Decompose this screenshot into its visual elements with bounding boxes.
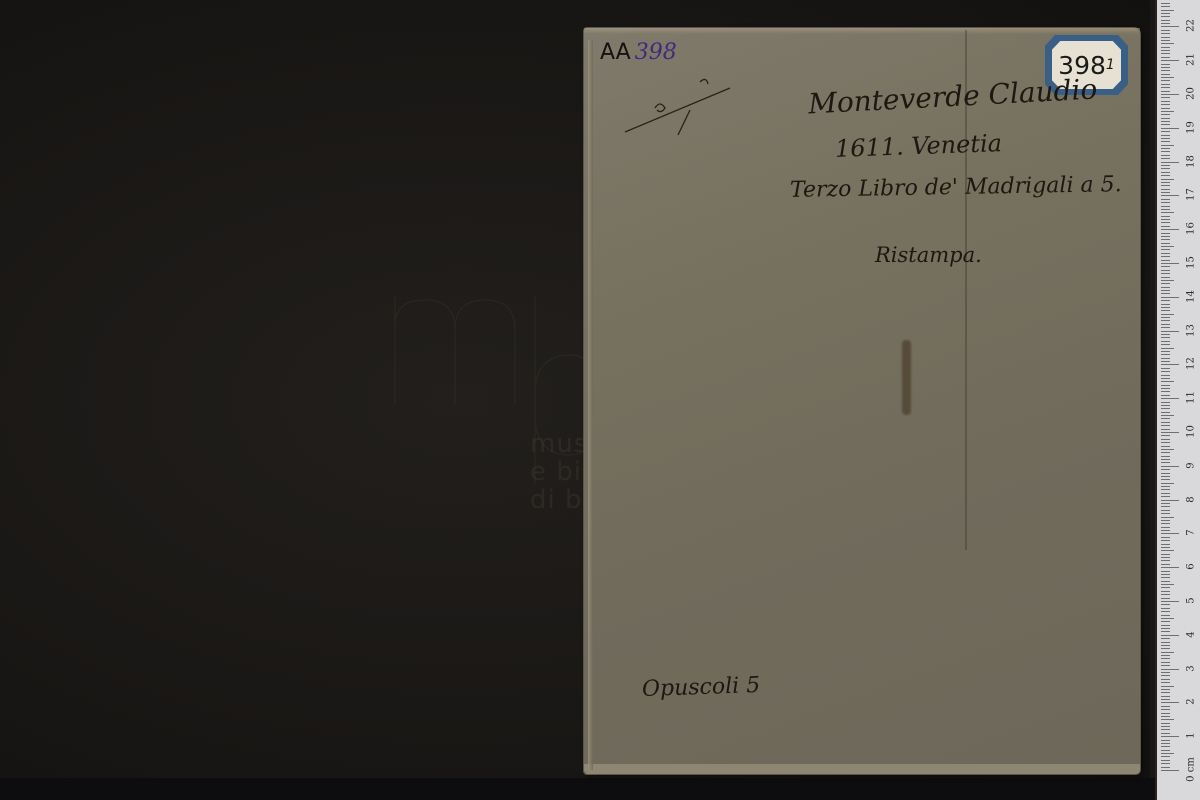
ruler-tick xyxy=(1161,37,1170,38)
ruler-tick xyxy=(1161,645,1170,646)
ruler-tick xyxy=(1161,148,1170,149)
ruler-tick xyxy=(1161,713,1170,714)
ruler-tick xyxy=(1161,520,1170,521)
ruler-tick xyxy=(1161,391,1170,392)
ruler-tick xyxy=(1161,135,1170,136)
ruler-tick xyxy=(1161,692,1170,693)
ruler-tick xyxy=(1161,304,1170,305)
ruler-tick xyxy=(1161,57,1170,58)
ruler-tick xyxy=(1161,486,1170,487)
ruler-tick xyxy=(1161,47,1170,48)
ruler-tick xyxy=(1161,675,1170,676)
ruler-tick xyxy=(1161,84,1170,85)
ruler-tick xyxy=(1161,74,1170,75)
ruler-tick xyxy=(1161,655,1170,656)
ruler-tick xyxy=(1161,229,1179,230)
ruler-tick xyxy=(1161,493,1170,494)
ruler-tick xyxy=(1161,351,1170,352)
ruler-tick xyxy=(1161,168,1170,169)
ruler-tick xyxy=(1161,560,1170,561)
ruler-tick xyxy=(1161,418,1170,419)
ruler-tick xyxy=(1161,547,1170,548)
ruler-label: 3 xyxy=(1186,658,1197,678)
ruler-tick xyxy=(1161,287,1170,288)
ruler-tick xyxy=(1161,43,1174,44)
inscription-note: Ristampa. xyxy=(875,243,982,267)
ruler-label: 21 xyxy=(1186,50,1197,70)
ruler-tick xyxy=(1161,604,1170,605)
ruler-tick xyxy=(1161,385,1170,386)
ruler-label: 11 xyxy=(1186,388,1197,408)
ruler-tick xyxy=(1161,652,1174,653)
ruler-tick xyxy=(1161,381,1174,382)
ruler-tick xyxy=(1161,53,1170,54)
ruler-tick xyxy=(1161,108,1170,109)
ruler-tick xyxy=(1161,763,1170,764)
ruler-tick xyxy=(1161,449,1174,450)
ruler-tick xyxy=(1161,277,1170,278)
ruler-tick xyxy=(1161,266,1170,267)
ruler-tick xyxy=(1161,33,1170,34)
ruler-tick xyxy=(1161,131,1170,132)
ruler-tick xyxy=(1161,750,1170,751)
ruler-tick xyxy=(1161,280,1174,281)
ruler-tick xyxy=(1161,452,1170,453)
ruler-tick xyxy=(1161,179,1174,180)
ruler-tick xyxy=(1161,425,1170,426)
ruler-tick xyxy=(1161,344,1170,345)
ruler-tick xyxy=(1161,618,1174,619)
ruler-tick xyxy=(1161,439,1170,440)
ruler-label: 16 xyxy=(1186,219,1197,239)
ruler-tick xyxy=(1161,709,1170,710)
ruler-tick xyxy=(1161,557,1170,558)
ruler-tick xyxy=(1161,30,1170,31)
ruler-tick xyxy=(1161,469,1170,470)
ruler-label: 2 xyxy=(1186,692,1197,712)
ruler-tick xyxy=(1161,124,1170,125)
ruler-tick xyxy=(1161,260,1170,261)
ruler-tick xyxy=(1161,723,1170,724)
ruler-tick xyxy=(1161,310,1170,311)
ruler-tick xyxy=(1161,219,1170,220)
ruler-tick xyxy=(1161,598,1170,599)
ruler-tick xyxy=(1161,473,1170,474)
ruler-label: 19 xyxy=(1186,117,1197,137)
ruler-tick xyxy=(1161,341,1170,342)
ruler-tick xyxy=(1161,378,1170,379)
ruler-tick xyxy=(1161,540,1170,541)
ruler-tick xyxy=(1161,114,1170,115)
ruler-tick xyxy=(1161,571,1170,572)
ruler-tick xyxy=(1161,635,1179,636)
scanner-bed-edge xyxy=(0,778,1155,800)
ruler-tick xyxy=(1161,101,1170,102)
ruler-label: 14 xyxy=(1186,286,1197,306)
ruler-tick xyxy=(1161,273,1170,274)
ruler-tick xyxy=(1161,138,1170,139)
ruler-label: 5 xyxy=(1186,591,1197,611)
ruler-tick xyxy=(1161,337,1170,338)
ruler-tick xyxy=(1161,412,1170,413)
shelfmark: AA398 xyxy=(600,40,677,65)
ruler-label: 6 xyxy=(1186,557,1197,577)
ruler-tick xyxy=(1161,249,1170,250)
ruler-tick xyxy=(1161,358,1170,359)
ruler-tick xyxy=(1161,104,1170,105)
ruler-tick xyxy=(1161,317,1170,318)
ruler-tick xyxy=(1161,736,1179,737)
ruler-tick xyxy=(1161,195,1179,196)
ruler-tick xyxy=(1161,665,1170,666)
ruler-tick xyxy=(1161,523,1170,524)
ruler-tick xyxy=(1161,577,1170,578)
ruler-tick xyxy=(1161,587,1170,588)
ruler-tick xyxy=(1161,151,1170,152)
ruler-tick xyxy=(1161,128,1179,129)
ruler-tick xyxy=(1161,283,1170,284)
ruler-tick xyxy=(1161,13,1170,14)
ruler-tick xyxy=(1161,662,1170,663)
ruler-tick xyxy=(1161,631,1170,632)
ruler-tick xyxy=(1161,746,1170,747)
ruler-tick xyxy=(1161,293,1170,294)
ruler-tick xyxy=(1161,642,1170,643)
ruler-tick xyxy=(1161,767,1170,768)
ruler-tick xyxy=(1161,422,1170,423)
ruler-tick xyxy=(1161,459,1170,460)
ruler-label: 1 xyxy=(1186,726,1197,746)
ruler-tick xyxy=(1161,702,1179,703)
shelfmark-number: 398 xyxy=(635,40,677,65)
ruler-tick xyxy=(1161,361,1170,362)
ruler-tick xyxy=(1161,442,1170,443)
ruler-label: 17 xyxy=(1186,185,1197,205)
ruler-tick xyxy=(1161,206,1170,207)
ruler-tick xyxy=(1161,446,1170,447)
ruler-tick xyxy=(1161,162,1179,163)
ruler-tick xyxy=(1161,466,1179,467)
ruler-tick xyxy=(1161,226,1170,227)
ruler-tick xyxy=(1161,432,1179,433)
ruler-tick xyxy=(1161,185,1170,186)
ruler-tick xyxy=(1161,314,1174,315)
ruler-tick xyxy=(1161,375,1170,376)
ruler-tick xyxy=(1161,300,1170,301)
ruler-tick xyxy=(1161,429,1170,430)
ruler-tick xyxy=(1161,364,1179,365)
ruler-tick xyxy=(1161,145,1174,146)
ruler-label: 15 xyxy=(1186,253,1197,273)
ruler-tick xyxy=(1161,354,1170,355)
ruler-tick xyxy=(1161,165,1170,166)
ruler-tick xyxy=(1161,348,1174,349)
ruler-tick xyxy=(1161,212,1174,213)
ruler-tick xyxy=(1161,158,1170,159)
ruler-tick xyxy=(1161,729,1170,730)
ruler-tick xyxy=(1161,307,1170,308)
ruler-tick xyxy=(1161,222,1170,223)
ruler-label: 13 xyxy=(1186,320,1197,340)
ruler-tick xyxy=(1161,371,1170,372)
ruler-tick xyxy=(1161,327,1170,328)
ruler-tick xyxy=(1161,638,1170,639)
ruler-tick xyxy=(1161,672,1170,673)
catalog-label-sub: 1 xyxy=(1106,57,1115,73)
ruler-tick xyxy=(1161,253,1170,254)
ruler-tick xyxy=(1161,591,1170,592)
ruler-tick xyxy=(1161,246,1174,247)
ruler-tick xyxy=(1161,182,1170,183)
ruler-tick xyxy=(1161,402,1170,403)
ruler-tick xyxy=(1161,192,1170,193)
ruler-tick xyxy=(1161,679,1170,680)
ruler-tick xyxy=(1161,26,1179,27)
ruler-tick xyxy=(1161,625,1170,626)
ruler-tick xyxy=(1161,16,1170,17)
ruler-tick xyxy=(1161,155,1170,156)
ruler-tick xyxy=(1161,479,1170,480)
ruler-label: 22 xyxy=(1186,16,1197,36)
ruler-tick xyxy=(1161,726,1170,727)
ruler-tick xyxy=(1161,297,1179,298)
ruler-tick xyxy=(1161,239,1170,240)
ruler-tick xyxy=(1161,706,1170,707)
ruler-tick xyxy=(1161,581,1170,582)
ruler-tick xyxy=(1161,290,1170,291)
ruler-tick xyxy=(1161,320,1170,321)
ruler-tick xyxy=(1161,756,1170,757)
ruler-tick xyxy=(1161,462,1170,463)
measurement-ruler: 0 cm12345678910111213141516171819202122 xyxy=(1155,0,1200,800)
ruler-tick xyxy=(1161,628,1170,629)
ruler-tick xyxy=(1161,669,1179,670)
ruler-tick xyxy=(1161,456,1170,457)
inscription-year-place: 1611. Venetia xyxy=(835,129,1003,163)
ruler-tick xyxy=(1161,564,1170,565)
ink-scribble-icon xyxy=(620,70,740,140)
ruler-tick xyxy=(1161,716,1170,717)
ruler-tick xyxy=(1161,94,1179,95)
ruler-tick xyxy=(1161,80,1170,81)
ruler-label: 0 cm xyxy=(1186,752,1197,788)
ruler-tick xyxy=(1161,23,1170,24)
ruler-tick xyxy=(1161,733,1170,734)
ruler-tick xyxy=(1161,216,1170,217)
ruler-tick xyxy=(1161,615,1170,616)
ruler-tick xyxy=(1161,236,1170,237)
ruler-tick xyxy=(1161,368,1170,369)
ruler-tick xyxy=(1161,405,1170,406)
ruler-tick xyxy=(1161,550,1174,551)
ruler-tick xyxy=(1161,608,1170,609)
ruler-tick xyxy=(1161,567,1179,568)
ruler-tick xyxy=(1161,719,1174,720)
ruler-tick xyxy=(1161,189,1170,190)
ruler-tick xyxy=(1161,527,1170,528)
ruler-tick xyxy=(1161,696,1170,697)
ruler-tick xyxy=(1161,506,1170,507)
ruler-tick xyxy=(1161,324,1170,325)
ruler-tick xyxy=(1161,172,1170,173)
ruler-tick xyxy=(1161,530,1170,531)
ruler-tick xyxy=(1161,199,1170,200)
ruler-label: 9 xyxy=(1186,455,1197,475)
ruler-tick xyxy=(1161,67,1170,68)
ruler-tick xyxy=(1161,60,1179,61)
shelfmark-prefix: AA xyxy=(600,40,631,65)
spine-edge xyxy=(588,40,593,770)
inscription-series: Opuscoli 5 xyxy=(642,673,761,702)
ruler-label: 18 xyxy=(1186,151,1197,171)
ruler-tick xyxy=(1161,743,1170,744)
ruler-tick xyxy=(1161,398,1179,399)
ruler-tick xyxy=(1161,111,1174,112)
ruler-label: 10 xyxy=(1186,422,1197,442)
ruler-tick xyxy=(1161,658,1170,659)
ruler-tick xyxy=(1161,6,1170,7)
ruler-tick xyxy=(1161,202,1170,203)
ruler-tick xyxy=(1161,574,1170,575)
ruler-label: 12 xyxy=(1186,354,1197,374)
ruler-tick xyxy=(1161,689,1170,690)
ruler-tick xyxy=(1161,740,1170,741)
ruler-tick xyxy=(1161,209,1170,210)
ruler-tick xyxy=(1161,388,1170,389)
ruler-tick xyxy=(1161,533,1179,534)
ruler-tick xyxy=(1161,20,1170,21)
ruler-tick xyxy=(1161,513,1170,514)
ruler-tick xyxy=(1161,270,1170,271)
ruler-tick xyxy=(1161,243,1170,244)
ruler-tick xyxy=(1161,331,1179,332)
ruler-tick xyxy=(1161,594,1170,595)
ruler-tick xyxy=(1161,395,1170,396)
ruler-tick xyxy=(1161,483,1174,484)
paper-stain xyxy=(902,340,911,415)
ruler-tick xyxy=(1161,611,1170,612)
ruler-label: 7 xyxy=(1186,523,1197,543)
ruler-tick xyxy=(1161,141,1170,142)
ruler-tick xyxy=(1161,584,1174,585)
ruler-tick xyxy=(1161,256,1170,257)
ruler-tick xyxy=(1161,682,1170,683)
ruler-tick xyxy=(1161,753,1174,754)
ruler-tick xyxy=(1161,517,1174,518)
ruler-tick xyxy=(1161,408,1170,409)
ruler-tick xyxy=(1161,118,1170,119)
ruler-tick xyxy=(1161,699,1170,700)
ruler-tick xyxy=(1161,489,1170,490)
ruler-tick xyxy=(1161,334,1170,335)
ruler-tick xyxy=(1161,70,1170,71)
ruler-tick xyxy=(1161,175,1170,176)
ruler-tick xyxy=(1161,760,1170,761)
ruler-label: 4 xyxy=(1186,624,1197,644)
ruler-tick xyxy=(1161,77,1174,78)
ruler-tick xyxy=(1161,64,1170,65)
ruler-tick xyxy=(1161,544,1170,545)
ruler-tick xyxy=(1161,50,1170,51)
ruler-tick xyxy=(1161,40,1170,41)
ruler-tick xyxy=(1161,435,1170,436)
ruler-label: 20 xyxy=(1186,84,1197,104)
ruler-tick xyxy=(1161,97,1170,98)
ruler-tick xyxy=(1161,233,1170,234)
ruler-tick xyxy=(1161,263,1179,264)
ruler-tick xyxy=(1161,121,1170,122)
ruler-tick xyxy=(1161,770,1179,771)
ruler-tick xyxy=(1161,91,1170,92)
ruler-tick xyxy=(1161,601,1179,602)
ruler-tick xyxy=(1161,510,1170,511)
ruler-tick xyxy=(1161,10,1174,11)
ruler-tick xyxy=(1161,476,1170,477)
ruler-tick xyxy=(1161,554,1170,555)
ruler-tick xyxy=(1161,537,1170,538)
ruler-tick xyxy=(1161,87,1170,88)
ruler-tick xyxy=(1161,3,1170,4)
ruler-tick xyxy=(1161,686,1174,687)
ruler-tick xyxy=(1161,500,1179,501)
ruler-label: 8 xyxy=(1186,489,1197,509)
ruler-tick xyxy=(1161,415,1174,416)
ruler-tick xyxy=(1161,496,1170,497)
ruler-tick xyxy=(1161,621,1170,622)
ruler-tick xyxy=(1161,648,1170,649)
ruler-tick xyxy=(1161,503,1170,504)
